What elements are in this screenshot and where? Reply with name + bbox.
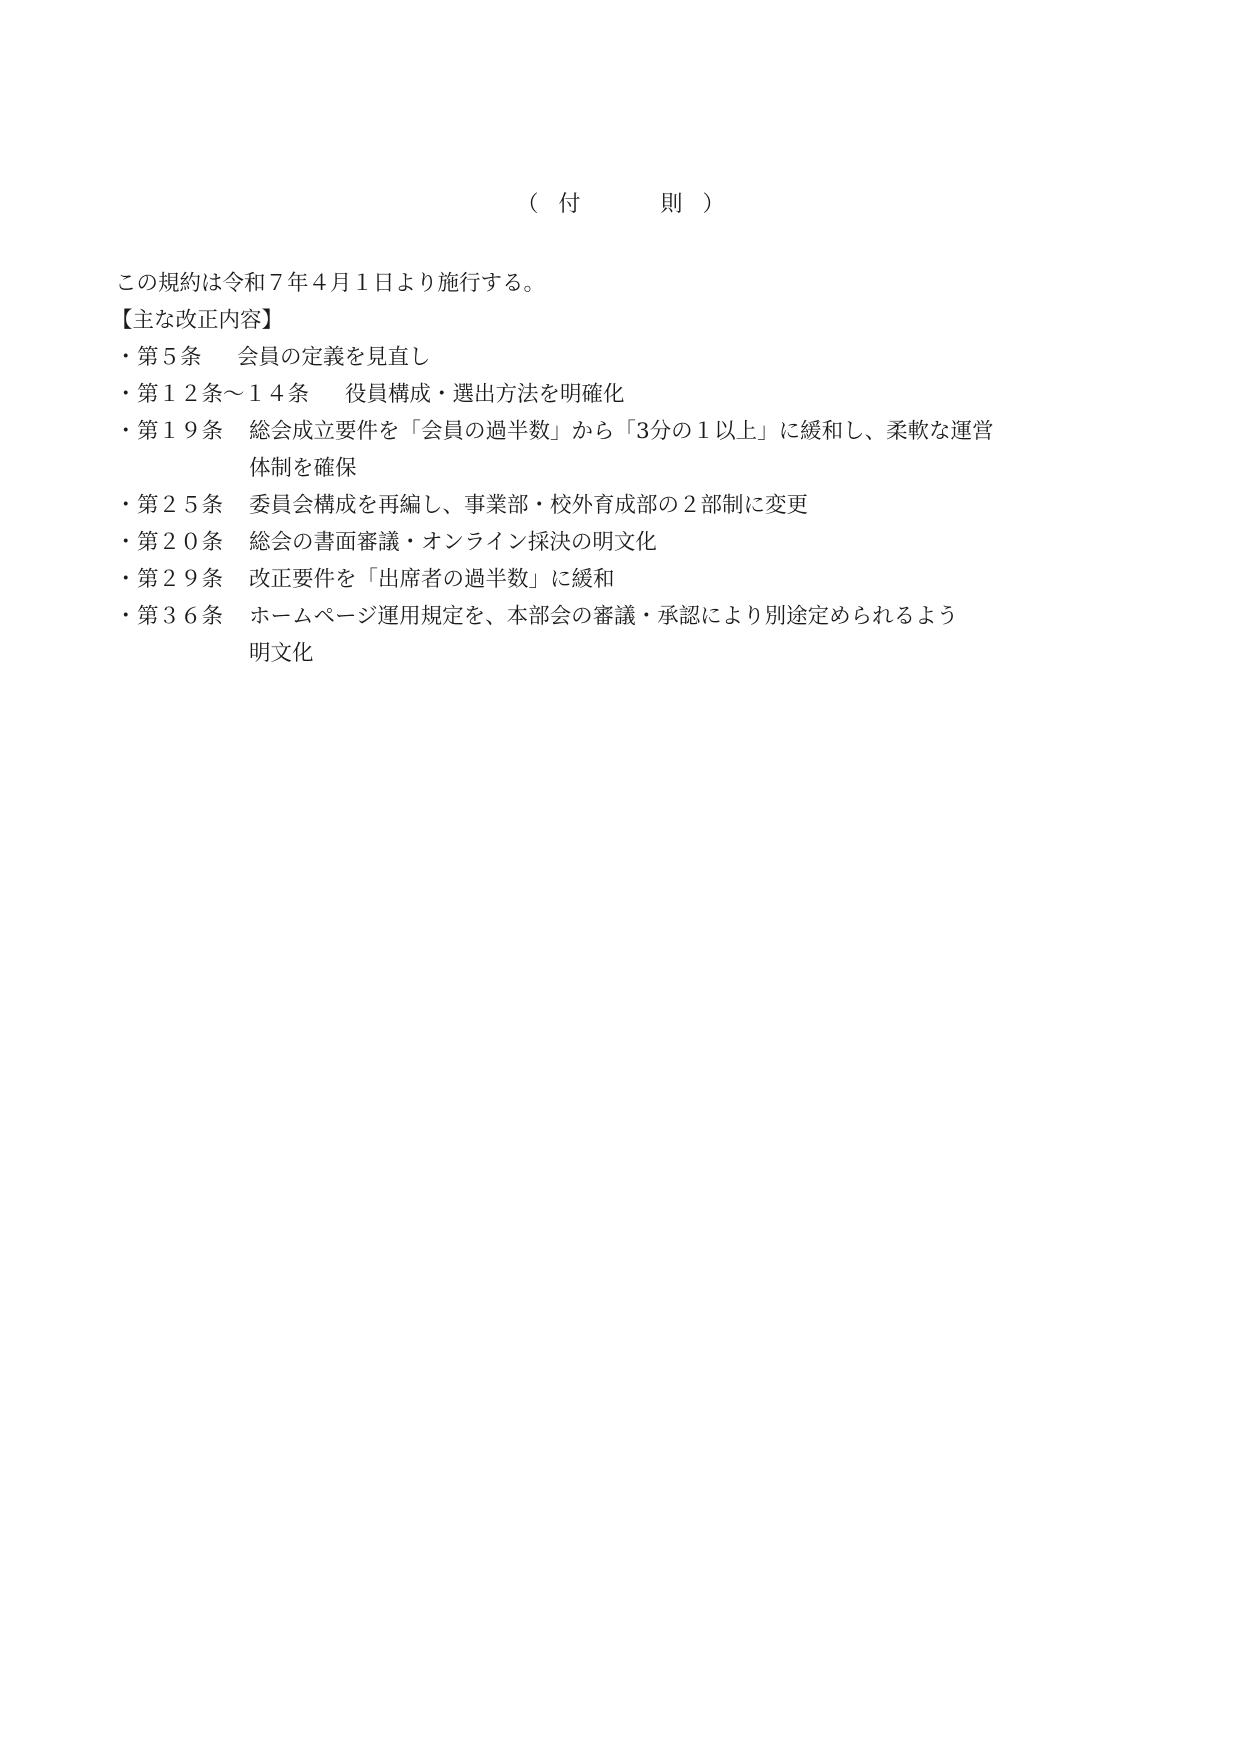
item-description: 会員の定義を見直し — [237, 339, 1135, 376]
bullet: ・ — [115, 413, 137, 487]
article-number: 第２０条 — [137, 524, 249, 561]
bullet: ・ — [115, 339, 137, 376]
bullet: ・ — [115, 487, 137, 524]
heading-char-left: 付 — [558, 190, 580, 220]
bullet: ・ — [115, 561, 137, 598]
section-title: 【主な改正内容】 — [111, 302, 1135, 339]
article-number: 第５条 — [137, 339, 237, 376]
heading-close-paren: ） — [703, 190, 725, 220]
bullet: ・ — [115, 598, 137, 672]
bullet: ・ — [115, 376, 137, 413]
article-number: 第３６条 — [137, 598, 249, 672]
list-item: ・ 第３６条 ホームページ運用規定を、本部会の審議・承認により別途定められるよう… — [115, 598, 1135, 672]
heading-char-right: 則 — [661, 190, 683, 220]
list-item: ・ 第１２条〜１４条 役員構成・選出方法を明確化 — [115, 376, 1135, 413]
article-number: 第１２条〜１４条 — [137, 376, 345, 413]
document-page: （付則） この規約は令和７年４月１日より施行する。 【主な改正内容】 ・ 第５条… — [0, 0, 1241, 1755]
item-description: 改正要件を「出席者の過半数」に緩和 — [249, 561, 1135, 598]
article-number: 第１９条 — [137, 413, 249, 487]
enforcement-statement: この規約は令和７年４月１日より施行する。 — [115, 265, 1135, 302]
article-number: 第２５条 — [137, 487, 249, 524]
item-description: 委員会構成を再編し、事業部・校外育成部の２部制に変更 — [249, 487, 1135, 524]
list-item: ・ 第２５条 委員会構成を再編し、事業部・校外育成部の２部制に変更 — [115, 487, 1135, 524]
item-description: 総会の書面審議・オンライン採決の明文化 — [249, 524, 1135, 561]
item-description: 総会成立要件を「会員の過半数」から「3分の１以上」に緩和し、柔軟な運営 体制を確… — [249, 413, 1135, 487]
list-item: ・ 第２９条 改正要件を「出席者の過半数」に緩和 — [115, 561, 1135, 598]
item-description: 役員構成・選出方法を明確化 — [345, 376, 1135, 413]
item-description: ホームページ運用規定を、本部会の審議・承認により別途定められるよう 明文化 — [249, 598, 1135, 672]
page-title: （付則） — [0, 190, 1241, 220]
list-item: ・ 第２０条 総会の書面審議・オンライン採決の明文化 — [115, 524, 1135, 561]
list-item: ・ 第５条 会員の定義を見直し — [115, 339, 1135, 376]
heading-open-paren: （ — [516, 190, 538, 220]
bullet: ・ — [115, 524, 137, 561]
article-number: 第２９条 — [137, 561, 249, 598]
list-item: ・ 第１９条 総会成立要件を「会員の過半数」から「3分の１以上」に緩和し、柔軟な… — [115, 413, 1135, 487]
document-body: この規約は令和７年４月１日より施行する。 【主な改正内容】 ・ 第５条 会員の定… — [115, 265, 1135, 672]
